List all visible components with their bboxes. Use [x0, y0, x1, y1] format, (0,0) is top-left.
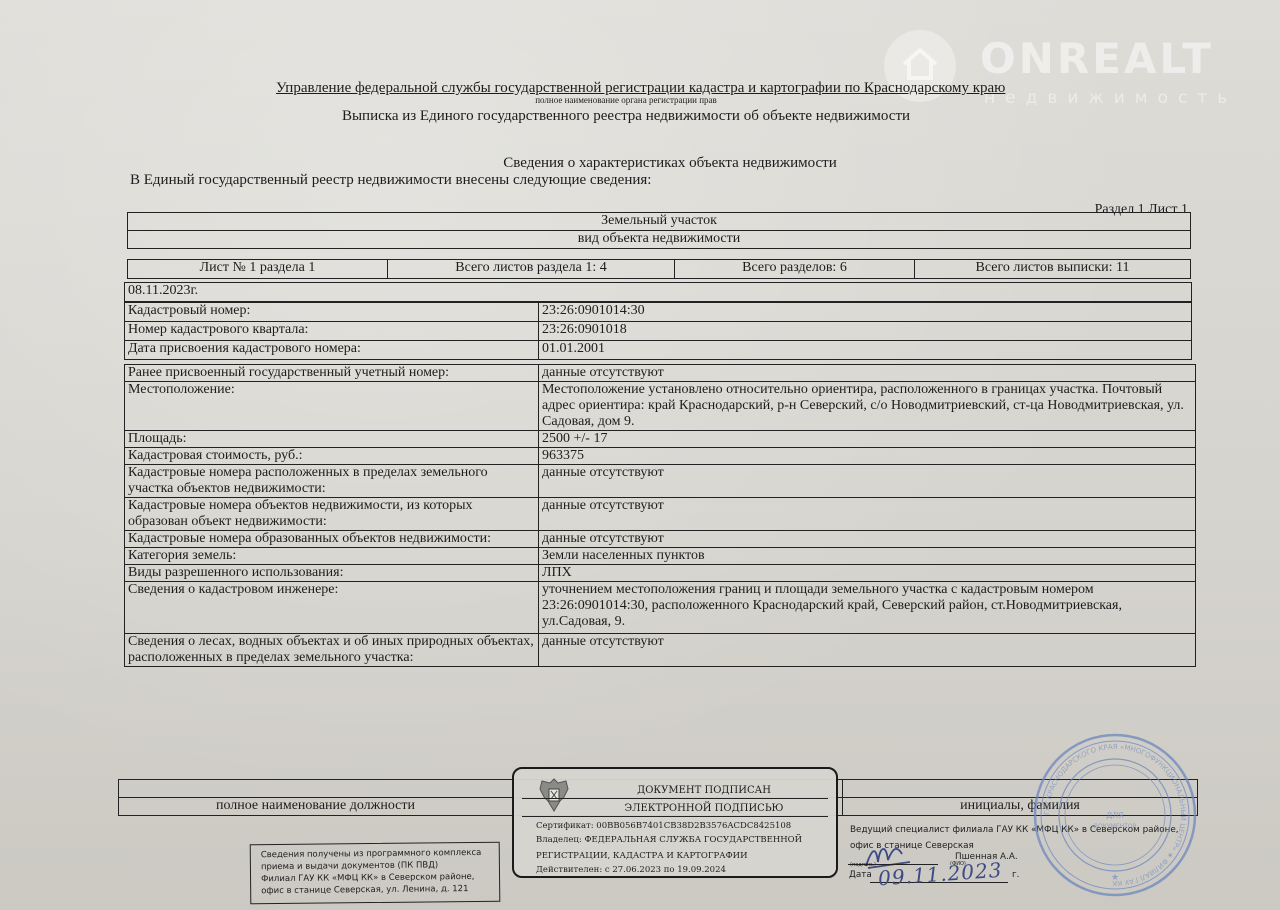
row-label: Виды разрешенного использования: [125, 565, 539, 582]
certificate-owner-cont: РЕГИСТРАЦИИ, КАДАСТРА И КАРТОГРАФИИ [536, 851, 747, 861]
assignment-date: 01.01.2001 [539, 341, 1192, 360]
cadastral-engineer-info: уточнением местоположения границ и площа… [539, 582, 1196, 634]
row-value: данные отсутствуют [539, 365, 1196, 382]
row-label: Кадастровые номера объектов недвижимости… [125, 498, 539, 531]
position-caption: полное наименование должности [119, 798, 513, 816]
intro-text: В Единый государственный реестр недвижим… [130, 172, 651, 189]
object-type-caption: вид объекта недвижимости [128, 231, 1191, 249]
svg-text:ДЛЯ: ДЛЯ [1106, 811, 1124, 820]
svg-text:★: ★ [1111, 873, 1119, 883]
signature-caption: (подпись) [850, 862, 876, 868]
row-value: данные отсутствуют [539, 531, 1196, 548]
section-sheets-total: Всего листов раздела 1: 4 [388, 260, 675, 279]
land-category: Земли населенных пунктов [539, 548, 1196, 565]
electronic-signature-box: ДОКУМЕНТ ПОДПИСАН ЭЛЕКТРОННОЙ ПОДПИСЬЮ С… [512, 767, 838, 878]
sheets-table: Лист № 1 раздела 1 Всего листов раздела … [127, 259, 1191, 279]
table-row: Местоположение: Местоположение установле… [125, 382, 1196, 431]
sections-total: Всего разделов: 6 [675, 260, 915, 279]
table-row: Кадастровые номера объектов недвижимости… [125, 498, 1196, 531]
row-value: данные отсутствуют [539, 498, 1196, 531]
year-suffix: г. [1012, 870, 1019, 880]
sheet-number: Лист № 1 раздела 1 [128, 260, 388, 279]
table-row: Виды разрешенного использования: ЛПХ [125, 565, 1196, 582]
cadastral-value: 963375 [539, 448, 1196, 465]
certificate-owner: Владелец: ФЕДЕРАЛЬНАЯ СЛУЖБА ГОСУДАРСТВЕ… [536, 835, 802, 845]
divider [522, 816, 828, 817]
svg-text:ДОКУМЕНТОВ: ДОКУМЕНТОВ [1093, 823, 1136, 830]
row-value: данные отсутствуют [539, 634, 1196, 667]
extract-date: 08.11.2023г. [125, 283, 1192, 302]
properties-table: Ранее присвоенный государственный учетны… [124, 364, 1196, 667]
table-row: Номер кадастрового квартала: 23:26:09010… [125, 322, 1192, 341]
row-value: данные отсутствуют [539, 465, 1196, 498]
identifiers-table: Кадастровый номер: 23:26:0901014:30 Номе… [124, 302, 1192, 360]
table-row: Ранее присвоенный государственный учетны… [125, 365, 1196, 382]
table-row: Кадастровый номер: 23:26:0901014:30 [125, 303, 1192, 322]
watermark-subtitle: недвижимость [984, 88, 1237, 108]
source-note-box: Сведения получены из программного компле… [250, 842, 501, 905]
watermark-brand: ONREALT [980, 34, 1214, 83]
extract-sheets-total: Всего листов выписки: 11 [915, 260, 1191, 279]
table-row: Сведения о кадастровом инженере: уточнен… [125, 582, 1196, 634]
row-label: Сведения о лесах, водных объектах и об и… [125, 634, 539, 667]
house-icon [900, 46, 940, 82]
row-label: Площадь: [125, 431, 539, 448]
coat-of-arms-icon [536, 775, 572, 815]
table-row: Кадастровые номера образованных объектов… [125, 531, 1196, 548]
table-row: Кадастровая стоимость, руб.: 963375 [125, 448, 1196, 465]
date-table: 08.11.2023г. [124, 282, 1192, 302]
document-title: Выписка из Единого государственного реес… [276, 108, 976, 125]
row-label: Дата присвоения кадастрового номера: [125, 341, 539, 360]
row-label: Сведения о кадастровом инженере: [125, 582, 539, 634]
row-label: Кадастровый номер: [125, 303, 539, 322]
object-type: Земельный участок [128, 213, 1191, 231]
permitted-use: ЛПХ [539, 565, 1196, 582]
certificate-validity: Действителен: с 27.06.2023 по 19.09.2024 [536, 865, 726, 875]
row-label: Категория земель: [125, 548, 539, 565]
row-label: Кадастровые номера расположенных в преде… [125, 465, 539, 498]
signed-line-1: ДОКУМЕНТ ПОДПИСАН [574, 785, 834, 796]
table-row: Сведения о лесах, водных объектах и об и… [125, 634, 1196, 667]
object-type-table: Земельный участок вид объекта недвижимос… [127, 212, 1191, 249]
official-stamp: ГАУ КРАСНОДАРСКОГО КРАЯ «МНОГОФУНКЦИОНАЛ… [1030, 730, 1200, 900]
location-value: Местоположение установлено относительно … [539, 382, 1196, 431]
section-title: Сведения о характеристиках объекта недви… [400, 155, 940, 172]
table-row: Площадь: 2500 +/- 17 [125, 431, 1196, 448]
divider [522, 798, 828, 799]
row-label: Местоположение: [125, 382, 539, 431]
row-label: Ранее присвоенный государственный учетны… [125, 365, 539, 382]
row-label: Кадастровая стоимость, руб.: [125, 448, 539, 465]
table-row: Кадастровые номера расположенных в преде… [125, 465, 1196, 498]
row-label: Кадастровые номера образованных объектов… [125, 531, 539, 548]
table-row: Дата присвоения кадастрового номера: 01.… [125, 341, 1192, 360]
source-note-line: офис в станице Северская, ул. Ленина, д.… [261, 883, 489, 897]
table-row: Категория земель: Земли населенных пункт… [125, 548, 1196, 565]
signed-line-2: ЭЛЕКТРОННОЙ ПОДПИСЬЮ [574, 803, 834, 814]
cadastral-quarter: 23:26:0901018 [539, 322, 1192, 341]
date-label: Дата [849, 870, 872, 880]
area-value: 2500 +/- 17 [539, 431, 1196, 448]
cadastral-number: 23:26:0901014:30 [539, 303, 1192, 322]
registration-authority-caption: полное наименование органа регистрации п… [276, 95, 976, 105]
certificate-id: Сертификат: 00BB056B7401CB38D2B3576ACDC8… [536, 821, 791, 831]
row-label: Номер кадастрового квартала: [125, 322, 539, 341]
